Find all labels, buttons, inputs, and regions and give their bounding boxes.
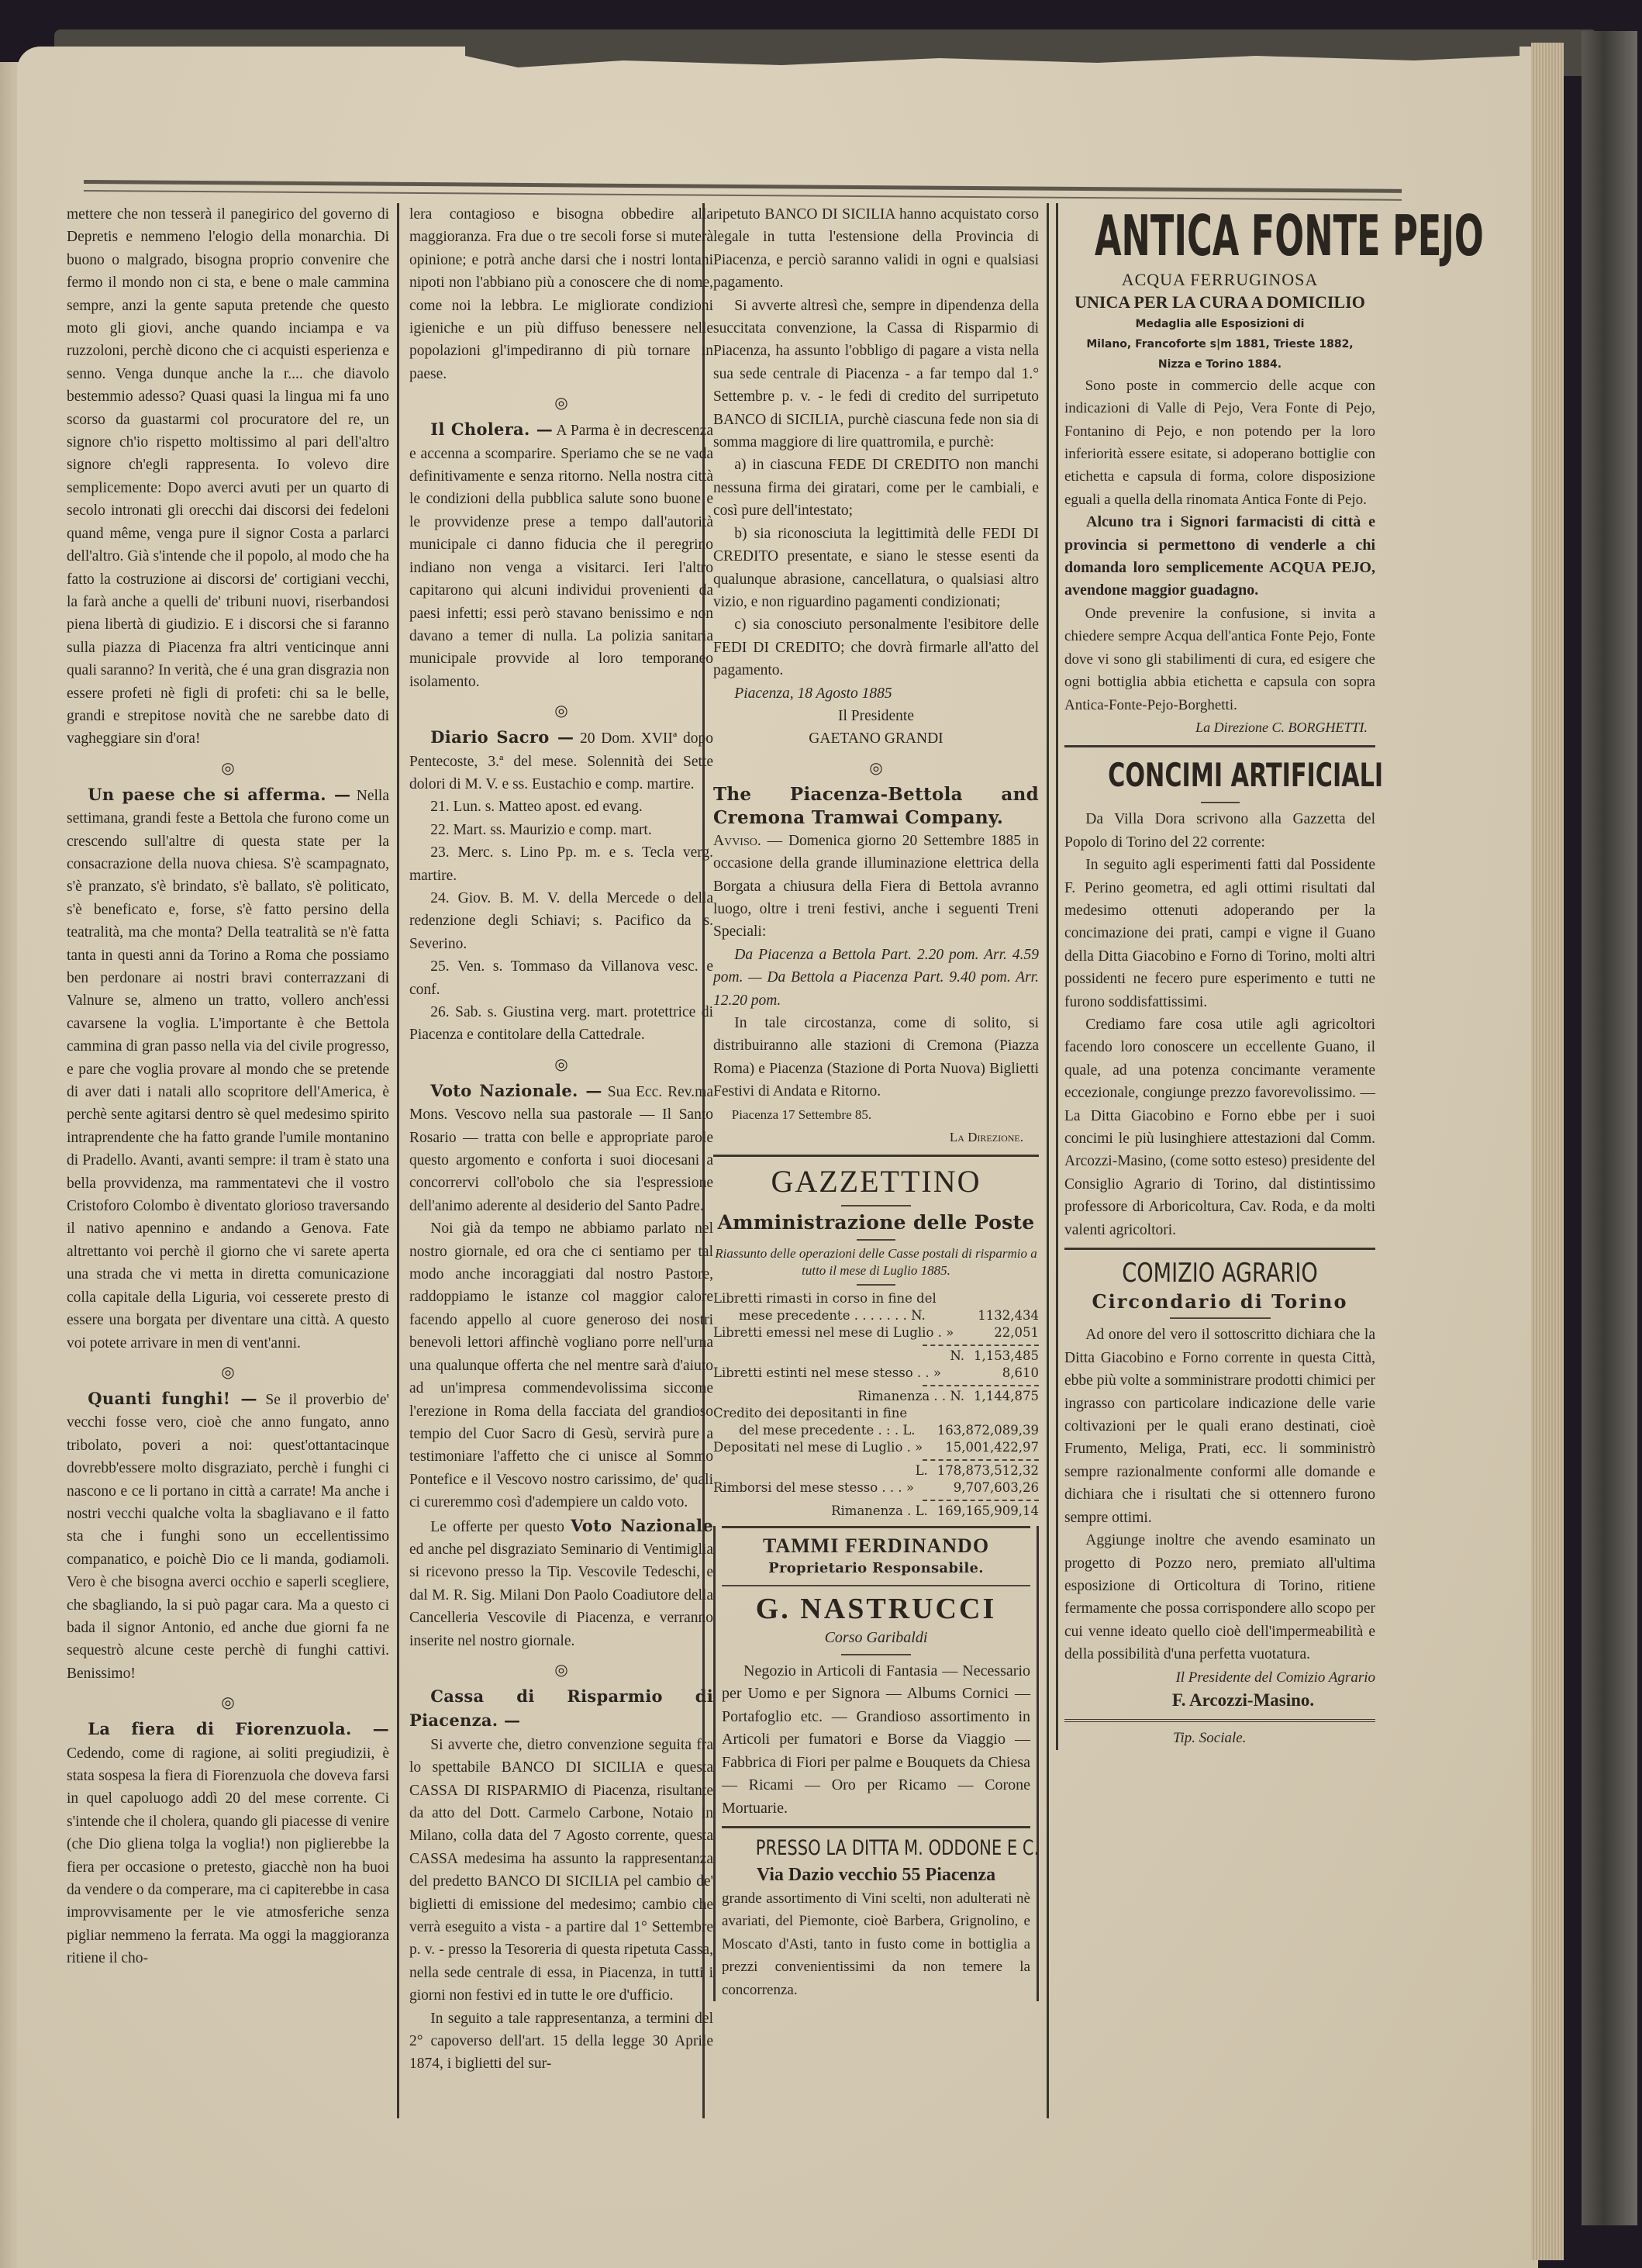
poste-summary-table: Libretti rimasti in corso in fine del me… — [713, 1290, 1039, 1520]
section-rule — [722, 1585, 1030, 1586]
book-binding-spine — [1582, 31, 1637, 2225]
pejo-medals: Milano, Francoforte s|m 1881, Trieste 18… — [1064, 334, 1375, 354]
article-voto-nazionale: Voto Nazionale. — Sua Ecc. Rev.ma Mons. … — [409, 1079, 713, 1217]
short-rule — [841, 1654, 911, 1655]
diario-item: 23. Merc. s. Lino Pp. m. e s. Tecla verg… — [409, 841, 713, 887]
table-row: mese precedente . . . . . . . N.1132,434 — [713, 1307, 1039, 1324]
section-rule — [722, 1826, 1030, 1828]
article-bettola: Un paese che si afferma. — Nella settima… — [67, 783, 389, 1355]
row-value: 8,610 — [1002, 1365, 1039, 1382]
text-run: Le offerte per questo — [430, 1519, 571, 1535]
sum-rule — [923, 1500, 1039, 1501]
comizio-heading: COMIZIO AGRARIO — [1095, 1256, 1344, 1290]
section-ornament-icon: ◎ — [409, 392, 713, 415]
diario-item: 26. Sab. s. Giustina verg. mart. protett… — [409, 1001, 713, 1047]
nastrucci-address: Corso Garibaldi — [722, 1627, 1030, 1649]
pejo-subheading: UNICA PER LA CURA A DOMICILIO — [1064, 291, 1375, 313]
section-ornament-icon: ◎ — [409, 1053, 713, 1076]
column-divider-1 — [397, 203, 399, 2118]
printer-credit: Tip. Sociale. — [1064, 1727, 1375, 1749]
article-body: Sua Ecc. Rev.ma Mons. Vescovo nella sua … — [409, 1084, 713, 1214]
short-rule — [857, 1284, 895, 1286]
concimi-body: In seguito agli esperimenti fatti dal Po… — [1064, 854, 1375, 1013]
section-ornament-icon: ◎ — [67, 1691, 389, 1714]
row-value: 1,153,485 — [974, 1348, 1039, 1365]
table-row: Depositati nel mese di Luglio . »15,001,… — [713, 1439, 1039, 1456]
section-rule — [1064, 745, 1375, 747]
notice-body: — Domenica giorno 20 Settembre 1885 in o… — [713, 833, 1039, 941]
column-2: lera contagioso e bisogna obbedire alla … — [409, 203, 713, 2076]
row-label: N. — [950, 1348, 964, 1365]
ornamental-rule — [1170, 1317, 1271, 1319]
concimi-body: Crediamo fare cosa utile agli agricoltor… — [1064, 1013, 1375, 1241]
table-row: Rimborsi del mese stesso . . . »9,707,60… — [713, 1479, 1039, 1496]
row-value: 15,001,422,97 — [945, 1439, 1039, 1456]
condition-b: b) sia riconosciuta la legittimità delle… — [713, 523, 1039, 614]
row-value: 22,051 — [994, 1324, 1039, 1341]
oddone-ad-body: grande assortimento di Vini scelti, non … — [722, 1887, 1030, 2001]
row-value: 163,872,089,39 — [937, 1422, 1039, 1439]
article-diario-sacro: Diario Sacro — 20 Dom. XVIIª dopo Pentec… — [409, 726, 713, 796]
article-continuation: ripetuto BANCO DI SICILIA hanno acquista… — [713, 203, 1039, 295]
diario-item: 21. Lun. s. Matteo apost. ed evang. — [409, 796, 713, 818]
condition-a: a) in ciascuna FEDE DI CREDITO non manch… — [713, 454, 1039, 522]
article-cholera: Il Cholera. — A Parma è in decrescenza e… — [409, 418, 713, 693]
notice-date: Piacenza 17 Settembre 85. — [713, 1103, 1039, 1126]
table-row: Libretti emessi nel mese di Luglio . »22… — [713, 1324, 1039, 1341]
comizio-subheading: Circondario di Torino — [1064, 1290, 1375, 1313]
row-label: Rimanenza . . N. — [857, 1388, 964, 1405]
table-row: L.178,873,512,32 — [713, 1462, 1039, 1479]
row-value: 178,873,512,32 — [937, 1462, 1039, 1479]
section-ornament-icon: ◎ — [67, 757, 389, 780]
article-title: Quanti funghi! — — [88, 1389, 257, 1408]
poste-heading: Amministrazione delle Poste — [713, 1211, 1039, 1234]
row-label: Rimborsi del mese stesso . . . » — [713, 1479, 914, 1496]
notice-label: Avviso. — [713, 833, 761, 849]
short-rule — [857, 1239, 895, 1241]
row-value: 169,165,909,14 — [937, 1503, 1039, 1520]
signature-role: Il Presidente — [713, 705, 1039, 727]
notice-signature: La Direzione. — [713, 1126, 1039, 1148]
short-rule — [1201, 802, 1240, 803]
row-value: 1,144,875 — [974, 1388, 1039, 1405]
article-body: A Parma è in decrescenza e accenna a sco… — [409, 423, 713, 689]
section-rule — [713, 1155, 1039, 1157]
footer-rule — [1064, 1719, 1375, 1722]
article-continuation: mettere che non tesserà il panegirico de… — [67, 203, 389, 751]
article-title: La fiera di Fiorenzuola. — — [88, 1719, 389, 1738]
article-title: Il Cholera. — — [430, 419, 553, 439]
page-stack-edges — [1531, 43, 1564, 2260]
column-4: ANTICA FONTE PEJO ACQUA FERRUGINOSA UNIC… — [1056, 203, 1382, 1750]
table-row: Libretti estinti nel mese stesso . . »8,… — [713, 1365, 1039, 1382]
row-label: del mese precedente . : . L. — [739, 1422, 916, 1439]
row-label: L. — [916, 1462, 928, 1479]
row-label: Rimanenza . L. — [831, 1503, 928, 1520]
row-label: Libretti emessi nel mese di Luglio . » — [713, 1324, 954, 1341]
advertisements-box: TAMMI FERDINANDO Proprietario Responsabi… — [713, 1526, 1039, 2001]
tramway-title: The Piacenza-Bettola and Cremona Tramwai… — [713, 783, 1039, 830]
pejo-heading: ANTICA FONTE PEJO — [1095, 203, 1345, 268]
tramway-notice: Avviso. — Domenica giorno 20 Settembre 1… — [713, 830, 1039, 944]
table-row: N.1,153,485 — [713, 1348, 1039, 1365]
section-rule — [1064, 1248, 1375, 1250]
diario-item: 25. Ven. s. Tommaso da Villanova vesc. e… — [409, 955, 713, 1001]
comizio-signature-role: Il Presidente del Comizio Agrario — [1064, 1666, 1375, 1689]
article-body: In seguito a tale rappresentanza, a term… — [409, 2007, 713, 2076]
row-value: 9,707,603,26 — [954, 1479, 1039, 1496]
article-body: Si avverte altresì che, sempre in dipend… — [713, 295, 1039, 454]
column-divider-3 — [1047, 203, 1049, 2118]
condition-c: c) sia conosciuto personalmente l'esibit… — [713, 613, 1039, 682]
concimi-body: Da Villa Dora scrivono alla Gazzetta del… — [1064, 808, 1375, 854]
article-title: Cassa di Risparmio di Piacenza. — — [409, 1686, 713, 1730]
row-label: Credito dei depositanti in fine — [713, 1405, 907, 1422]
comizio-body: Ad onore del vero il sottoscritto dichia… — [1064, 1324, 1375, 1529]
comizio-body: Aggiunge inoltre che avendo esaminato un… — [1064, 1529, 1375, 1666]
diario-item: 24. Giov. B. M. V. della Mercede o della… — [409, 887, 713, 955]
proprietor-role: Proprietario Responsabile. — [722, 1557, 1030, 1579]
section-ornament-icon: ◎ — [409, 1659, 713, 1682]
train-times: Da Piacenza a Bettola Part. 2.20 pom. Ar… — [713, 944, 1039, 1012]
gazzettino-heading: GAZZETTINO — [713, 1163, 1039, 1200]
column-1: mettere che non tesserà il panegirico de… — [67, 203, 389, 1970]
oddone-heading: PRESSO LA DITTA M. ODDONE E C. — [756, 1835, 996, 1862]
text-run-bold: Voto Nazionale — [571, 1516, 713, 1535]
section-rule — [722, 1526, 1030, 1528]
row-label: mese precedente . . . . . . . N. — [739, 1307, 926, 1324]
row-label: Libretti estinti nel mese stesso . . » — [713, 1365, 941, 1382]
article-body: Cedendo, come di ragione, ai soliti preg… — [67, 1745, 389, 1967]
article-fiorenzuola: La fiera di Fiorenzuola. — Cedendo, come… — [67, 1717, 389, 1969]
pejo-signature: La Direzione C. BORGHETTI. — [1064, 716, 1375, 739]
article-title: Voto Nazionale. — — [430, 1081, 602, 1100]
short-rule — [841, 1205, 911, 1206]
article-cassa-risparmio: Cassa di Risparmio di Piacenza. — — [409, 1685, 713, 1734]
pejo-medals: Medaglia alle Esposizioni di — [1064, 314, 1375, 334]
sum-rule — [923, 1459, 1039, 1461]
table-row: del mese precedente . : . L.163,872,089,… — [713, 1422, 1039, 1439]
text-run: ed anche pel disgraziato Seminario di Ve… — [409, 1541, 713, 1649]
sum-rule — [923, 1385, 1039, 1386]
article-title: Un paese che si afferma. — — [88, 785, 350, 804]
pejo-body: Alcuno tra i Signori farmacisti di città… — [1064, 511, 1375, 602]
dateline: Piacenza, 18 Agosto 1885 — [713, 682, 1039, 705]
sum-rule — [923, 1345, 1039, 1346]
table-row: Rimanenza . . N.1,144,875 — [713, 1388, 1039, 1405]
article-body: Se il proverbio de' vecchi fosse vero, c… — [67, 1392, 389, 1682]
article-body: Le offerte per questo Voto Nazionale ed … — [409, 1514, 713, 1652]
comizio-signature-name: F. Arcozzi-Masino. — [1064, 1689, 1375, 1711]
article-body: Nella settimana, grandi feste a Bettola … — [67, 788, 389, 1351]
section-ornament-icon: ◎ — [409, 699, 713, 723]
table-row: Libretti rimasti in corso in fine del — [713, 1290, 1039, 1307]
pejo-body: Sono poste in commercio delle acque con … — [1064, 375, 1375, 511]
row-label: Libretti rimasti in corso in fine del — [713, 1290, 937, 1307]
nastrucci-ad-body: Negozio in Articoli di Fantasia — Necess… — [722, 1660, 1030, 1820]
oddone-address: Via Dazio vecchio 55 Piacenza — [722, 1862, 1030, 1887]
concimi-heading: CONCIMI ARTIFICIALI — [1108, 754, 1332, 797]
pejo-subheading: ACQUA FERRUGINOSA — [1064, 268, 1375, 291]
nastrucci-heading: G. NASTRUCCI — [722, 1591, 1030, 1627]
poste-subtitle: Riassunto delle operazioni delle Casse p… — [713, 1245, 1039, 1279]
diario-item: 22. Mart. ss. Maurizio e comp. mart. — [409, 819, 713, 841]
article-funghi: Quanti funghi! — Se il proverbio de' vec… — [67, 1387, 389, 1685]
proprietor-name: TAMMI FERDINANDO — [722, 1534, 1030, 1557]
row-value: 1132,434 — [978, 1307, 1039, 1324]
section-ornament-icon: ◎ — [713, 757, 1039, 780]
pejo-body: Onde prevenire la confusione, si invita … — [1064, 602, 1375, 716]
table-row: Rimanenza . L.169,165,909,14 — [713, 1503, 1039, 1520]
article-body: Si avverte che, dietro convenzione segui… — [409, 1734, 713, 2007]
notice-body: In tale circostanza, come di solito, si … — [713, 1012, 1039, 1103]
pejo-advertisement: ANTICA FONTE PEJO ACQUA FERRUGINOSA UNIC… — [1056, 203, 1382, 1750]
section-ornament-icon: ◎ — [67, 1361, 389, 1384]
signature-name: GAETANO GRANDI — [713, 727, 1039, 750]
article-body: Noi già da tempo ne abbiamo parlato nel … — [409, 1217, 713, 1514]
column-3: ripetuto BANCO DI SICILIA hanno acquista… — [713, 203, 1039, 2001]
article-continuation: lera contagioso e bisogna obbedire alla … — [409, 203, 713, 385]
table-row: Credito dei depositanti in fine — [713, 1405, 1039, 1422]
pejo-medals: Nizza e Torino 1884. — [1064, 354, 1375, 375]
row-label: Depositati nel mese di Luglio . » — [713, 1439, 923, 1456]
article-title: Diario Sacro — — [430, 727, 574, 747]
